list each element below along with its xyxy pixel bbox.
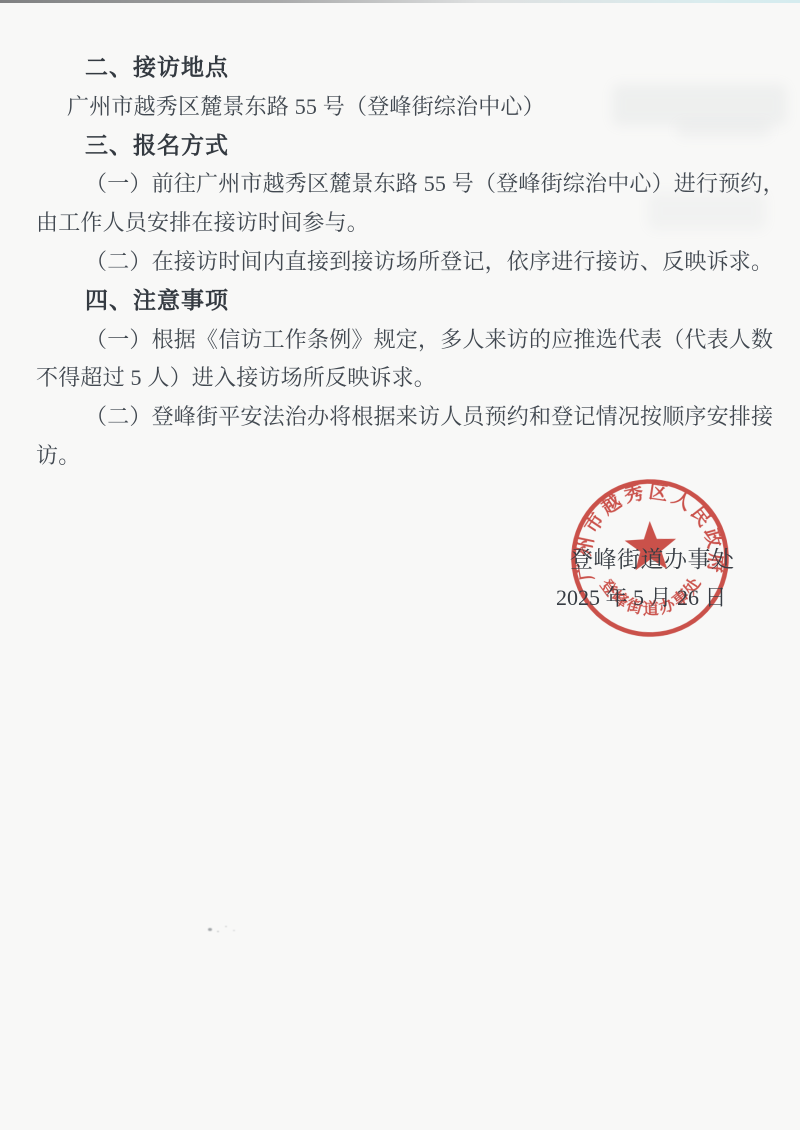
bleedthrough-artifact <box>676 122 771 138</box>
document-page: 二、接访地点 广州市越秀区麓景东路 55 号（登峰街综治中心） 三、报名方式 （… <box>0 0 800 1130</box>
heading-section-4: 四、注意事项 <box>36 282 781 321</box>
body-line-note-1: （一）根据《信访工作条例》规定，多人来访的应推选代表（代表人数 <box>36 321 781 360</box>
body-line-note-1-cont: 不得超过 5 人）进入接访场所反映诉求。 <box>36 359 781 398</box>
bleedthrough-artifact <box>648 192 766 230</box>
scan-edge-artifact <box>0 0 800 3</box>
bleedthrough-artifact <box>612 84 787 126</box>
heading-section-3: 三、报名方式 <box>36 127 781 166</box>
body-line-note-2-cont: 访。 <box>36 437 781 476</box>
scan-speck-artifact <box>208 928 212 931</box>
body-line-note-2: （二）登峰街平安法治办将根据来访人员预约和登记情况按顺序安排接 <box>36 398 781 437</box>
signature-date: 2025 年 5 月 26 日 <box>556 581 727 612</box>
body-line-method-2: （二）在接访时间内直接到接访场所登记，依序进行接访、反映诉求。 <box>36 243 781 282</box>
signature-office: 登峰街道办事处 <box>570 541 735 574</box>
heading-section-2: 二、接访地点 <box>36 49 781 88</box>
